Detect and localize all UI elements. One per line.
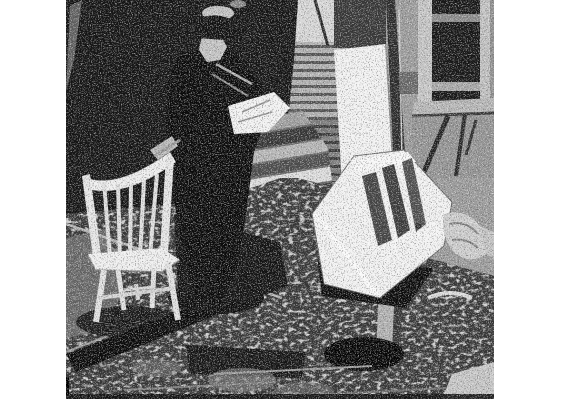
photo-canvas [66,0,494,399]
photo-grain-overlay [66,0,494,399]
newspaper-photo: black-and-white halftone newspaper photo… [66,0,494,399]
grain-dark-specks [66,0,494,399]
